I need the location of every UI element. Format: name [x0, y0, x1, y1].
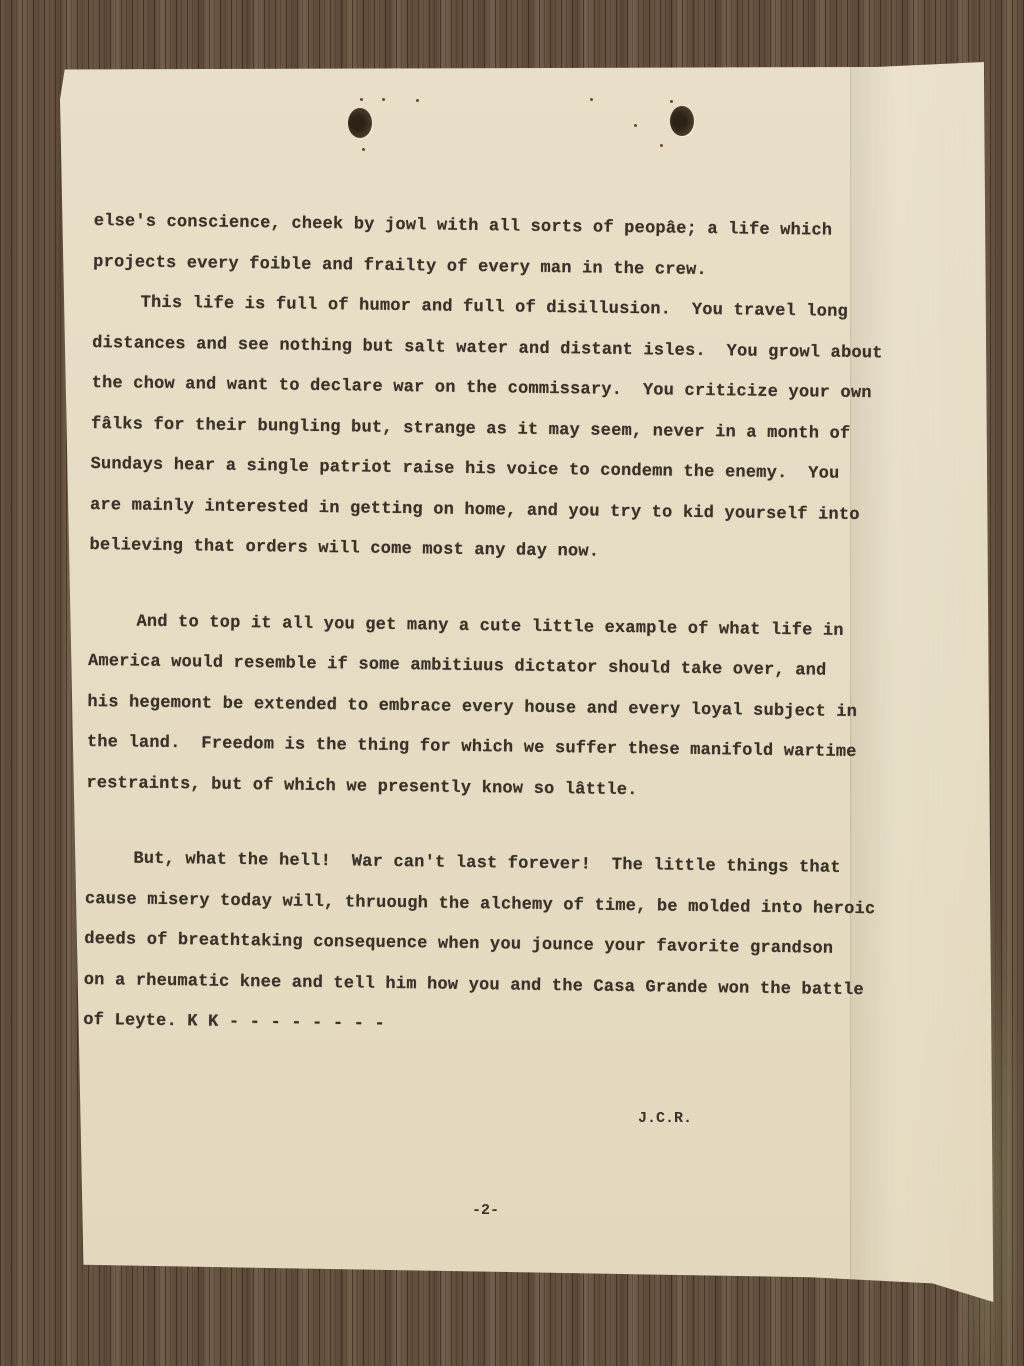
- page-number: -2-: [472, 1202, 499, 1219]
- paragraph-3: And to top it all you get many a cute li…: [86, 601, 989, 815]
- stain-speck: [416, 99, 419, 102]
- stain-speck: [634, 124, 637, 127]
- typescript-body: else's conscience, cheek by jowl with al…: [83, 202, 994, 1053]
- stain-speck: [590, 98, 593, 101]
- punch-hole-right: [670, 106, 694, 136]
- paragraph-4: But, what the hell! War can't last forev…: [83, 839, 986, 1053]
- stain-speck: [360, 98, 363, 101]
- paragraph-1: else's conscience, cheek by jowl with al…: [93, 202, 994, 295]
- signature-initials: J.C.R.: [638, 1110, 692, 1127]
- paragraph-2: This life is full of humor and full of d…: [89, 283, 993, 578]
- stain-speck: [362, 148, 365, 151]
- stain-speck: [660, 144, 663, 147]
- stain-speck: [670, 100, 673, 103]
- typed-page: else's conscience, cheek by jowl with al…: [60, 62, 998, 1302]
- punch-hole-left: [348, 108, 372, 138]
- stain-speck: [382, 98, 385, 101]
